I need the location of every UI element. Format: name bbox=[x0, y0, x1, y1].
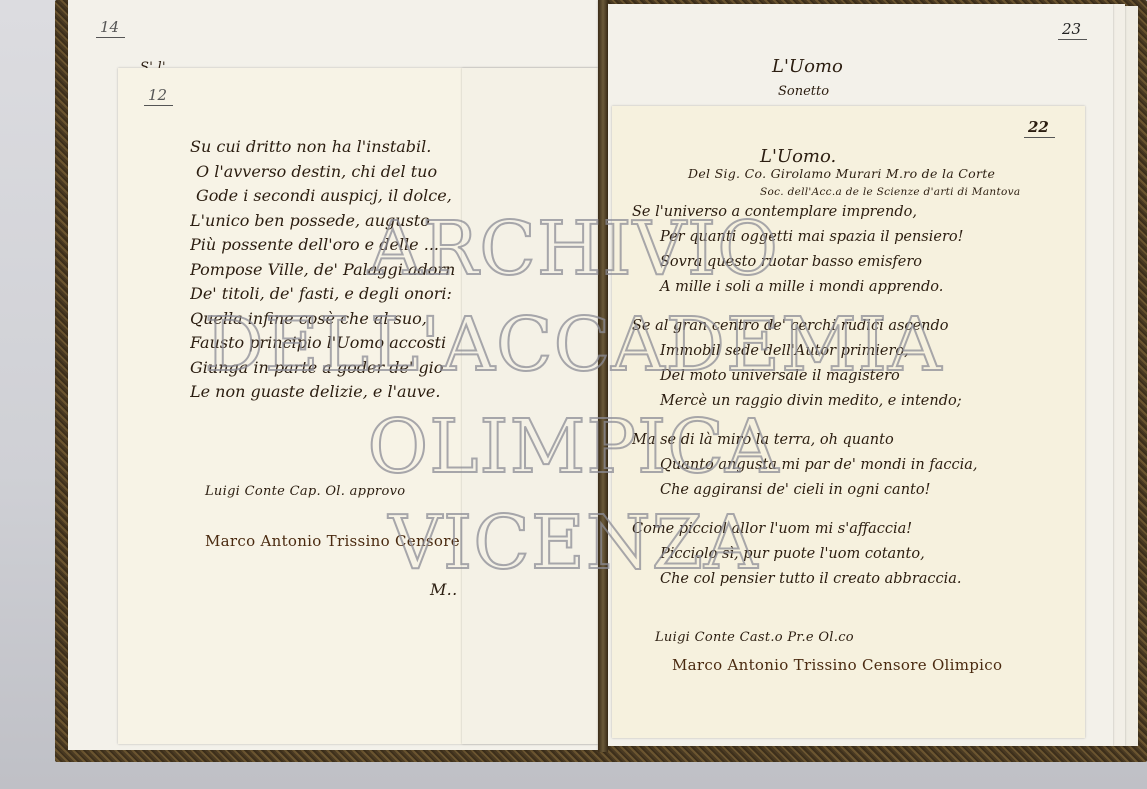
right-censor-signature: Marco Antonio Trissino Censore Olimpico bbox=[672, 656, 1002, 674]
verse-line: L'unico ben possede, augusto bbox=[190, 209, 462, 234]
verse-line: Come picciol allor l'uom mi s'affaccia! bbox=[632, 517, 1072, 542]
verse-line: Più possente dell'oro e delle ... bbox=[190, 233, 462, 258]
right-back-title: L'Uomo bbox=[772, 56, 843, 77]
right-front-folio-number: 22 bbox=[1028, 118, 1049, 136]
verse-line: Se l'universo a contemplare imprendo, bbox=[632, 200, 1072, 225]
verse-line: Pompose Ville, de' Palaggi adorn bbox=[190, 258, 462, 283]
verse-line: Immobil sede dell'Autor primiero, bbox=[632, 339, 1072, 364]
verse-line: O l'avverso destin, chi del tuo bbox=[190, 160, 462, 185]
poem-title: L'Uomo. bbox=[760, 146, 836, 167]
verse-line: De' titoli, de' fasti, e degli onori: bbox=[190, 282, 462, 307]
verse-line: Giunga in parte a goder de' gio bbox=[190, 356, 462, 381]
stanza-2: Se al gran centro de' cerchi rudici asce… bbox=[632, 314, 1072, 414]
left-fragment: M.. bbox=[430, 580, 457, 599]
verse-line: Quanto angusta mi par de' mondi in facci… bbox=[632, 453, 1072, 478]
verse-line: Se al gran centro de' cerchi rudici asce… bbox=[632, 314, 1072, 339]
author-line-1: Del Sig. Co. Girolamo Murari M.ro de la … bbox=[688, 166, 995, 181]
verse-line: Quella infine cosè che al suo, bbox=[190, 307, 462, 332]
book-spine bbox=[598, 0, 608, 752]
left-approval-signature: Luigi Conte Cap. Ol. approvo bbox=[205, 484, 405, 499]
verse-line: A mille i soli a mille i mondi apprendo. bbox=[632, 275, 1072, 300]
left-underflap bbox=[462, 68, 598, 744]
author-line-2: Soc. dell'Acc.a de le Scienze d'arti di … bbox=[760, 186, 1020, 198]
left-censor-signature: Marco Antonio Trissino Censore Ol bbox=[205, 532, 460, 550]
verse-line: Su cui dritto non ha l'instabil. bbox=[190, 135, 462, 160]
left-back-folio-number: 14 bbox=[100, 18, 119, 36]
sonnet-body: Se l'universo a contemplare imprendo, Pe… bbox=[632, 200, 1072, 606]
right-back-folio-number: 23 bbox=[1062, 20, 1081, 38]
stanza-3: Ma se di là miro la terra, oh quanto Qua… bbox=[632, 428, 1072, 503]
stanza-1: Se l'universo a contemplare imprendo, Pe… bbox=[632, 200, 1072, 300]
verse-line: Del moto universale il magistero bbox=[632, 364, 1072, 389]
verse-line: Sovra questo ruotar basso emisfero bbox=[632, 250, 1072, 275]
verse-line: Fausto principio l'Uomo accosti bbox=[190, 331, 462, 356]
verse-line: Gode i secondi auspicj, il dolce, bbox=[190, 184, 462, 209]
verse-line: Le non guaste delizie, e l'auve. bbox=[190, 380, 462, 405]
verse-line: Mercè un raggio divin medito, e intendo; bbox=[632, 389, 1072, 414]
right-back-subtitle: Sonetto bbox=[778, 84, 829, 99]
stanza-4: Come picciol allor l'uom mi s'affaccia! … bbox=[632, 517, 1072, 592]
left-verse-block: Su cui dritto non ha l'instabil. O l'avv… bbox=[190, 135, 462, 405]
right-approval-signature: Luigi Conte Cast.o Pr.e Ol.co bbox=[655, 630, 854, 645]
verse-line: Picciolo sì, pur puote l'uom cotanto, bbox=[632, 542, 1072, 567]
verse-line: Ma se di là miro la terra, oh quanto bbox=[632, 428, 1072, 453]
verse-line: Che col pensier tutto il creato abbracci… bbox=[632, 567, 1072, 592]
verse-line: Che aggiransi de' cieli in ogni canto! bbox=[632, 478, 1072, 503]
left-front-folio-number: 12 bbox=[148, 86, 167, 104]
verse-line: Per quanti oggetti mai spazia il pensier… bbox=[632, 225, 1072, 250]
